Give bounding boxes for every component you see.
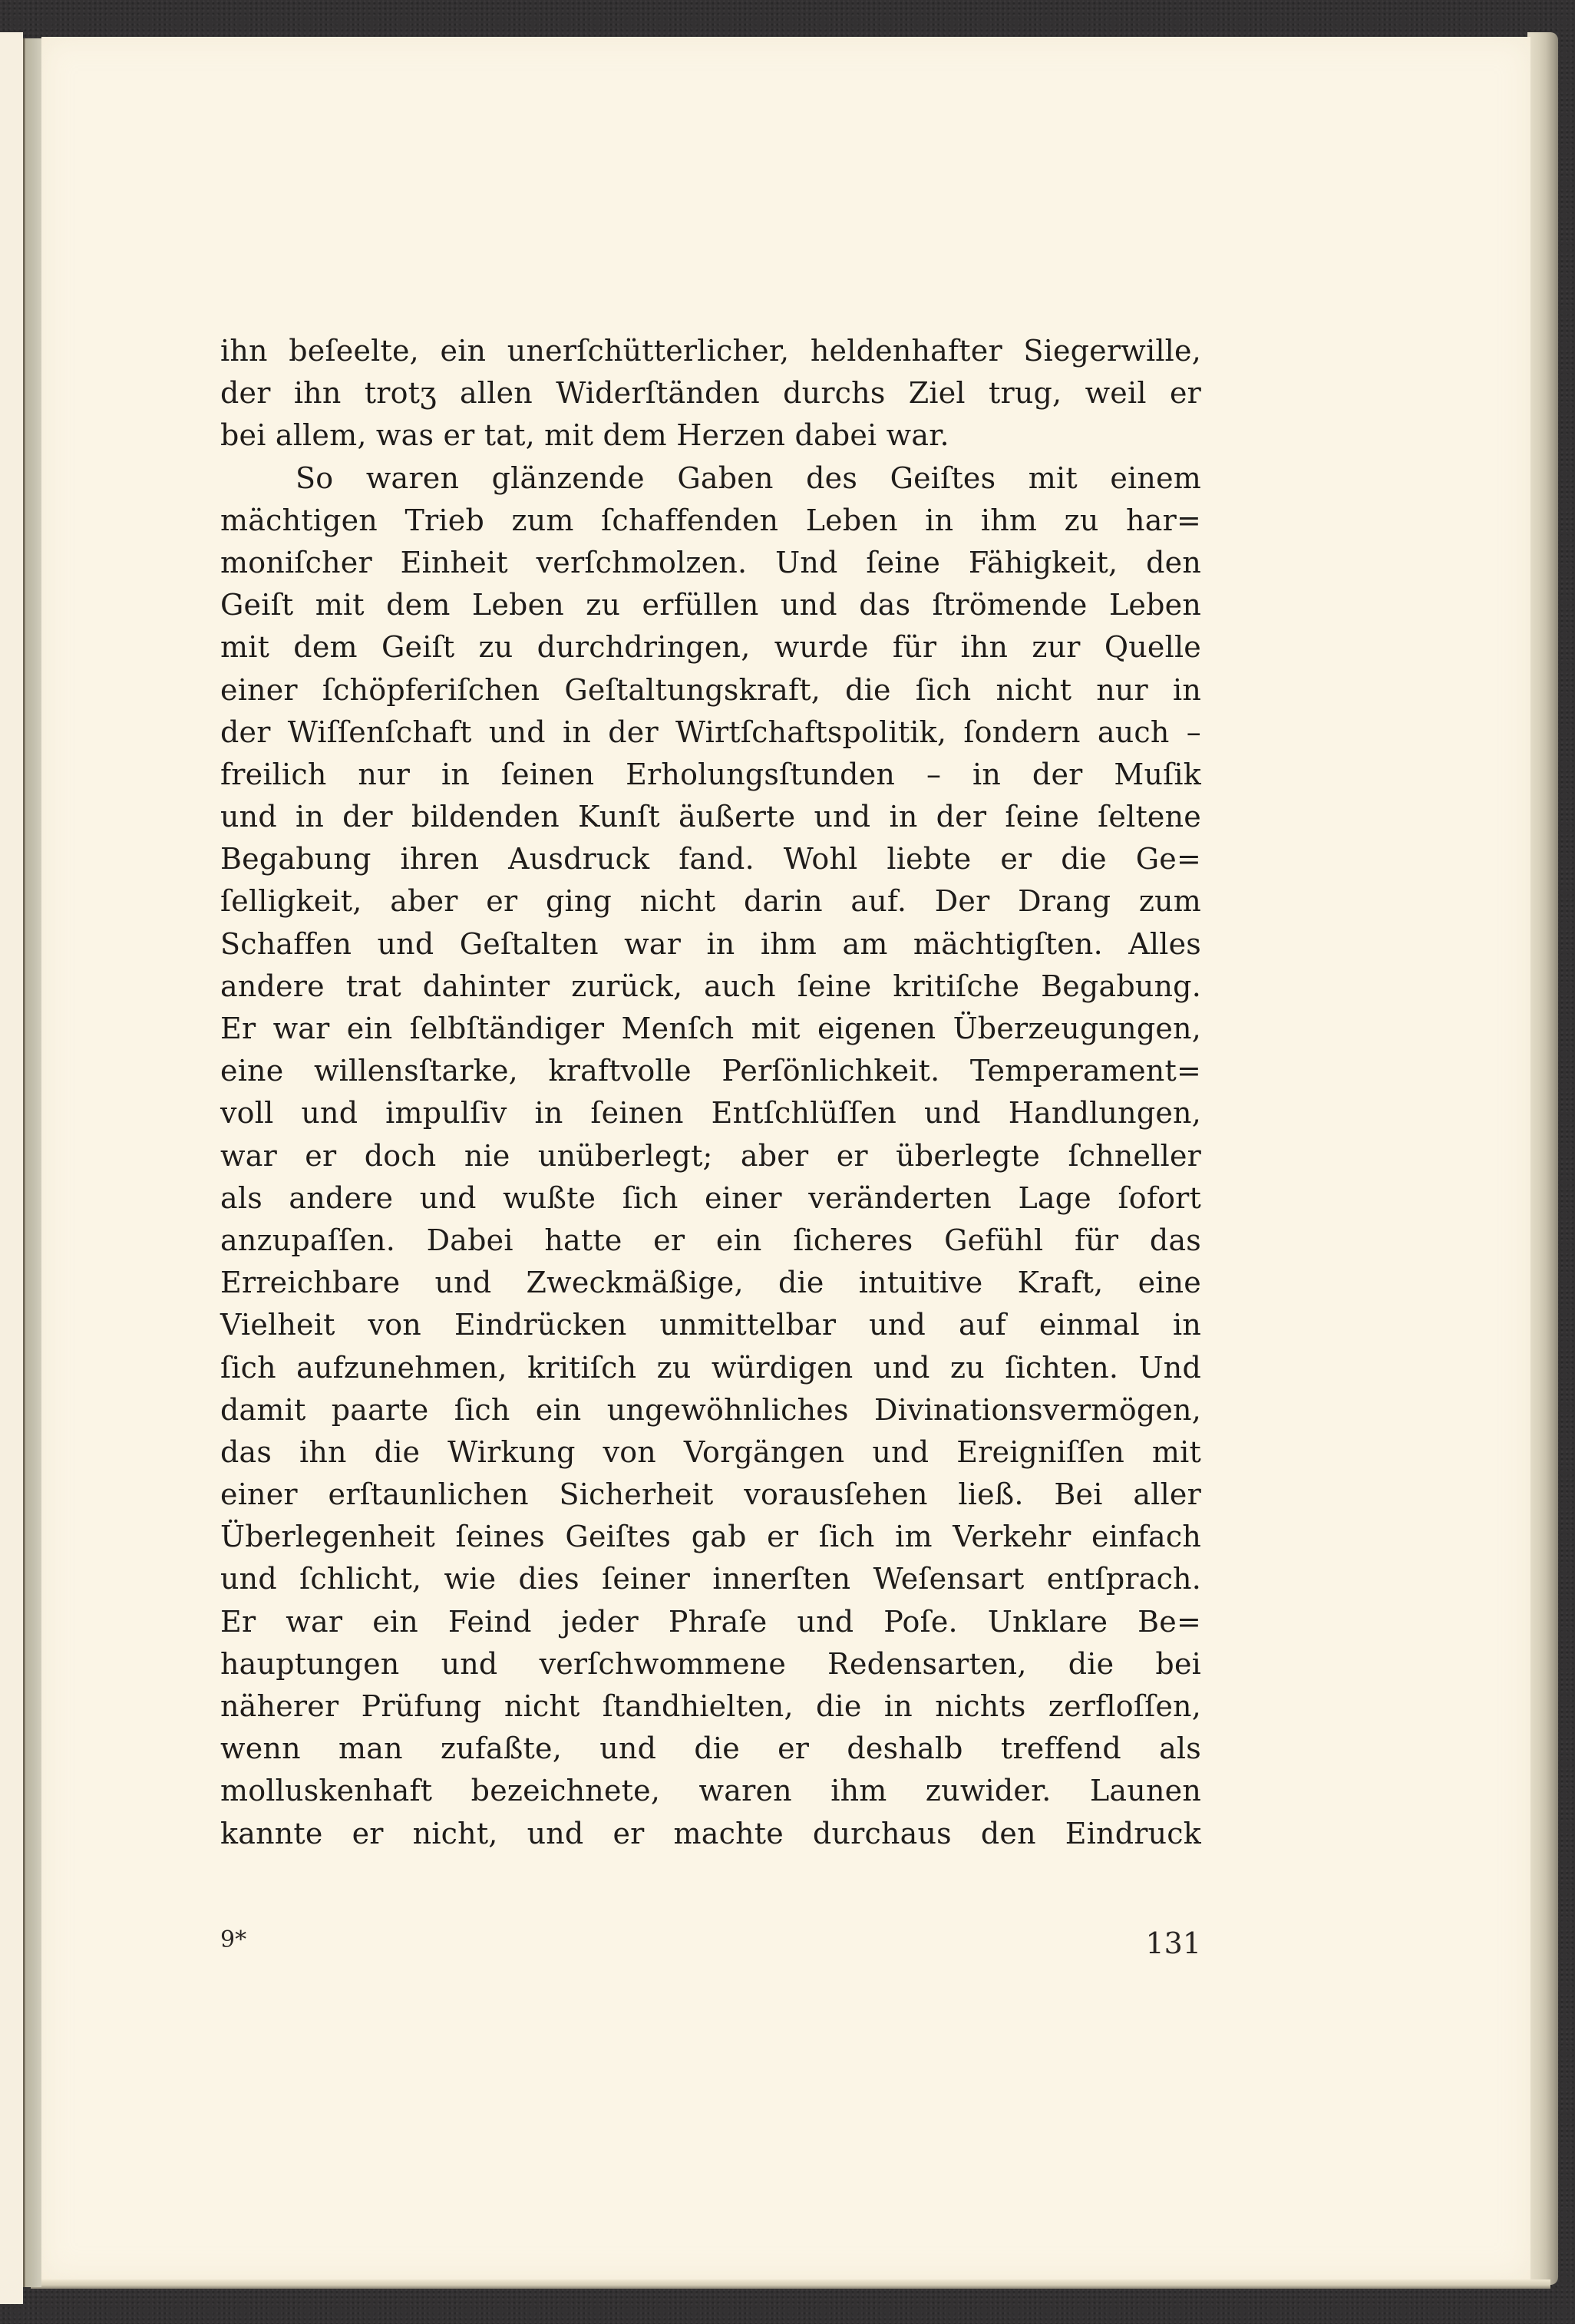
facing-page-edge	[0, 32, 23, 2304]
book-page: ihn beſeelte, ein unerſchütterlicher, he…	[41, 37, 1530, 2279]
text-line: bei allem, was er tat, mit dem Herzen da…	[220, 414, 1201, 457]
book-gutter	[23, 38, 41, 2287]
text-line: anzupaſſen. Dabei hatte er ein ſicheres …	[220, 1220, 1201, 1262]
text-line: mit dem Geiſt zu durchdringen, wurde für…	[220, 626, 1201, 668]
text-line: Überlegenheit ſeines Geiſtes gab er ſich…	[220, 1516, 1201, 1558]
text-line: der ihn trotʒ allen Widerſtänden durchs …	[220, 372, 1201, 414]
text-line: voll und impulſiv in ſeinen Entſchlüſſen…	[220, 1092, 1201, 1134]
text-line: das ihn die Wirkung von Vorgängen und Er…	[220, 1431, 1201, 1474]
paragraph-2: So waren glänzende Gaben des Geiſtes mit…	[220, 457, 1201, 1855]
text-line: mächtigen Trieb zum ſchaffenden Leben in…	[220, 500, 1201, 542]
text-line: näherer Prüfung nicht ſtandhielten, die …	[220, 1685, 1201, 1728]
text-line: freilich nur in ſeinen Erholungsſtunden …	[220, 754, 1201, 796]
text-line: ſelligkeit, aber er ging nicht darin auf…	[220, 880, 1201, 923]
text-line: Schaffen und Geſtalten war in ihm am mäc…	[220, 923, 1201, 966]
text-line: Geiſt mit dem Leben zu erfüllen und das …	[220, 584, 1201, 626]
text-line: ſich aufzunehmen, kritiſch zu würdigen u…	[220, 1347, 1201, 1389]
text-line: Erreichbare und Zweckmäßige, die intuiti…	[220, 1262, 1201, 1304]
text-line: eine willensſtarke, kraftvolle Perſönlic…	[220, 1050, 1201, 1092]
text-line: Er war ein ſelbſtändiger Menſch mit eige…	[220, 1008, 1201, 1050]
text-line: Begabung ihren Ausdruck fand. Wohl liebt…	[220, 838, 1201, 880]
text-line: wenn man zufaßte, und die er deshalb tre…	[220, 1728, 1201, 1770]
text-line: Vielheit von Eindrücken unmittelbar und …	[220, 1304, 1201, 1346]
page-bottom-edge	[31, 2279, 1550, 2289]
text-line: als andere und wußte ſich einer veränder…	[220, 1177, 1201, 1220]
text-line: und in der bildenden Kunſt äußerte und i…	[220, 796, 1201, 838]
signature-mark: 9*	[220, 1926, 246, 1953]
text-line: war er doch nie unüberlegt; aber er über…	[220, 1135, 1201, 1177]
text-line: Er war ein Feind jeder Phraſe und Poſe. …	[220, 1601, 1201, 1643]
text-line: der Wiſſenſchaft und in der Wirtſchaftsp…	[220, 711, 1201, 754]
text-line: kannte er nicht, und er machte durchaus …	[220, 1813, 1201, 1855]
text-line: damit paarte ſich ein ungewöhnliches Div…	[220, 1389, 1201, 1431]
text-line: moniſcher Einheit verſchmolzen. Und ſein…	[220, 542, 1201, 584]
text-line: So waren glänzende Gaben des Geiſtes mit…	[220, 457, 1201, 500]
text-line: molluskenhaft bezeichnete, waren ihm zuw…	[220, 1770, 1201, 1812]
text-line: und ſchlicht, wie dies ſeiner innerſten …	[220, 1558, 1201, 1600]
text-line: einer erſtaunlichen Sicherheit vorausſeh…	[220, 1474, 1201, 1516]
text-line: andere trat dahinter zurück, auch ſeine …	[220, 966, 1201, 1008]
paragraph-1: ihn beſeelte, ein unerſchütterlicher, he…	[220, 330, 1201, 457]
text-line: ihn beſeelte, ein unerſchütterlicher, he…	[220, 330, 1201, 372]
page-footer: 9* 131	[220, 1926, 1201, 1965]
page-block-edge	[1527, 32, 1558, 2285]
text-line: einer ſchöpferiſchen Geſtaltungskraft, d…	[220, 669, 1201, 711]
text-line: hauptungen und verſchwommene Redensarten…	[220, 1643, 1201, 1685]
page-number: 131	[1145, 1926, 1201, 1960]
body-text: ihn beſeelte, ein unerſchütterlicher, he…	[220, 330, 1201, 1855]
